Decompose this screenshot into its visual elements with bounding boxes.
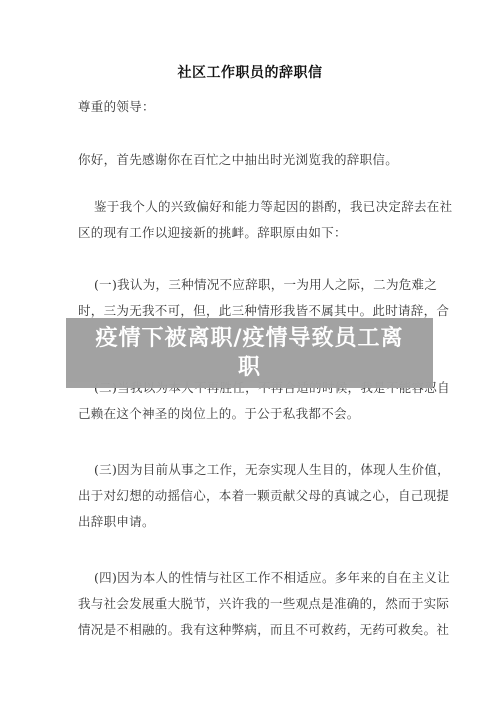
body-line: 出辞职申请。 [78, 512, 155, 530]
body-line: (三)因为目前从事之工作，无奈实现人生目的，体现人生价值， [94, 460, 450, 478]
overlay-title-line1: 疫情下被离职/疫情导致员工离 [66, 324, 433, 353]
body-line: (一)我认为，三种情况不应辞职，一为用人之际，二为危难之 [94, 275, 437, 293]
body-line: (四)因为本人的性情与社区工作不相适应。多年来的自在主义让 [94, 568, 450, 586]
overlay-title-line2: 职 [66, 353, 433, 382]
overlay-title: 疫情下被离职/疫情导致员工离 职 [66, 324, 433, 382]
overlay-banner: 疫情下被离职/疫情导致员工离 职 [66, 318, 433, 388]
body-line: 鉴于我个人的兴致偏好和能力等起因的斟酌，我已决定辞去在社 [94, 197, 452, 215]
body-line: 时，三为无我不可，但，此三种情形我皆不属其中。此时请辞，合 [78, 301, 449, 319]
salutation: 尊重的领导： [78, 97, 155, 115]
body-line: 我与社会发展重大脱节，兴许我的一些观点是准确的，然而于实际 [78, 594, 449, 612]
body-line: 你好，首先感谢你在百忙之中抽出时光浏览我的辞职信。 [78, 150, 398, 168]
body-line: 区的现有工作以迎接新的挑衅。辞职原由如下： [78, 223, 347, 241]
body-line: 出于对幻想的动摇信心，本着一颗贡献父母的真诚之心，自己现提 [78, 486, 449, 504]
body-line: 情况是不相融的。我有这种弊病，而且不可救药，无药可救矣。社 [78, 620, 449, 638]
document-title: 社区工作职员的辞职信 [0, 62, 500, 82]
document-page: 社区工作职员的辞职信 尊重的领导： 你好，首先感谢你在百忙之中抽出时光浏览我的辞… [0, 0, 500, 706]
body-line: 己赖在这个神圣的岗位上的。于公于私我都不会。 [78, 404, 360, 422]
